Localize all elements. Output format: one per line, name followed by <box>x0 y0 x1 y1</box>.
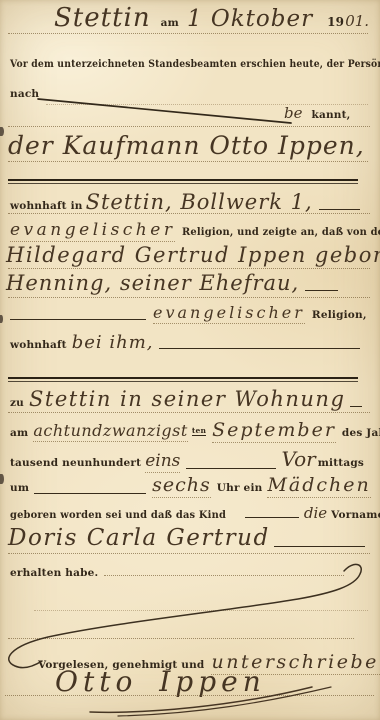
birthdate-line: am achtundzwanzigst ten September des Ja… <box>10 419 366 443</box>
place-handwritten: Stettin <box>54 3 151 33</box>
year-value: eins <box>145 451 180 473</box>
mother-name-line1: Hildegard Gertrud Ippen geborenen <box>6 243 380 267</box>
birthyear-line: tausend neunhundert eins Vor mittags <box>10 447 364 473</box>
nach-label: nach <box>10 88 39 100</box>
daytime-hand: Vor <box>282 447 316 471</box>
rule <box>34 610 368 611</box>
names-line: Doris Carla Gertrud <box>8 525 365 551</box>
ink-dash <box>350 406 362 407</box>
given-names: Doris Carla Gertrud <box>8 525 270 551</box>
scan-speck <box>0 315 3 323</box>
residence-line: wohnhaft in Stettin, Bollwerk 1, <box>10 190 360 214</box>
section-rule <box>8 179 358 184</box>
ink-dash <box>186 468 275 469</box>
tausend-label: tausend neunhundert <box>10 457 141 469</box>
day-suffix: ten <box>192 426 206 436</box>
intro-line: Vor dem unterzeichneten Standesbeamten e… <box>10 58 380 70</box>
scan-speck <box>0 474 4 484</box>
year-handwritten: 01. <box>345 12 369 30</box>
birth-month: September <box>212 419 336 443</box>
rule <box>5 695 374 696</box>
rule <box>8 33 368 34</box>
die-hand: die <box>304 504 327 522</box>
child-sex: Mädchen <box>267 474 370 498</box>
mother-religion-line: evangelischer Religion, <box>10 303 364 324</box>
birthplace-line: zu Stettin in seiner Wohnung <box>10 387 362 411</box>
mother-residence-line: wohnhaft bei ihm, <box>10 332 360 353</box>
erhalten-line: erhalten habe. <box>10 567 344 579</box>
birth-record-page: Stettin am 1 Oktober 19 01. Vor dem unte… <box>0 0 380 720</box>
rule <box>8 268 370 269</box>
zu-label: zu <box>10 397 24 409</box>
mother-name-line2: Henning, seiner Ehefrau, <box>6 271 338 295</box>
signature-line: Otto Ippen <box>55 665 266 698</box>
birthhour-line: um sechs Uhr ein Mädchen <box>10 474 364 498</box>
kind-line: geboren worden sei und daß das Kind die … <box>10 504 368 522</box>
rule <box>8 161 368 162</box>
uhr-ein-label: Uhr ein <box>217 482 263 494</box>
birth-day: achtundzwanzigst <box>33 421 187 442</box>
religion-label: Religion, und zeigte an, daß von der <box>182 226 380 238</box>
mother-maiden-name: Henning, seiner Ehefrau, <box>6 271 299 295</box>
bekannt-line: be kannt, <box>284 104 351 122</box>
wohnhaft-label: wohnhaft <box>10 339 67 351</box>
strike-line <box>38 99 291 123</box>
scan-speck <box>0 127 4 136</box>
residence-value: Stettin, Bollwerk 1, <box>86 190 313 214</box>
ink-dash <box>159 348 360 349</box>
am-label: am <box>161 17 179 29</box>
rule <box>8 213 370 214</box>
religion-line: evangelischer Religion, und zeigte an, d… <box>10 220 366 242</box>
section-rule <box>8 377 358 382</box>
ink-dash <box>274 546 365 547</box>
rule <box>8 126 370 127</box>
declarant-name: der Kaufmann Otto Ippen, <box>8 131 365 160</box>
ink-dash <box>305 290 338 291</box>
mother-religion-label: Religion, <box>312 309 367 321</box>
kind-label: geboren worden sei und daß das Kind <box>10 509 226 521</box>
year-printed: 19 <box>327 15 344 29</box>
religion-value: evangelischer <box>10 220 175 242</box>
mother-religion-value: evangelischer <box>153 303 305 324</box>
mittags-label: mittags <box>318 457 364 469</box>
intro-text: Vor dem unterzeichneten Standesbeamten e… <box>10 58 380 70</box>
rule <box>8 553 370 554</box>
be-handwritten: be <box>284 104 302 122</box>
date-handwritten: 1 Oktober <box>187 6 313 32</box>
nach-line: nach <box>10 88 39 100</box>
des-jahres-label: des Jahres <box>342 427 380 439</box>
rule <box>8 412 370 413</box>
kannt-label: kannt, <box>311 109 350 121</box>
ink-dash <box>319 209 360 210</box>
wohnhaft-in-label: wohnhaft in <box>10 200 83 212</box>
dotted-fill <box>104 575 344 576</box>
birthplace-value: Stettin in seiner Wohnung <box>29 387 345 411</box>
mother-residence-value: bei ihm, <box>72 332 154 353</box>
am-label-2: am <box>10 427 28 439</box>
ink-dash <box>34 493 146 494</box>
date-line: Stettin am 1 Oktober 19 01. <box>8 3 370 33</box>
ink-dash <box>10 319 146 320</box>
rule <box>8 297 370 298</box>
erhalten-label: erhalten habe. <box>10 567 98 579</box>
ink-dash <box>245 517 299 518</box>
vornamen-label: Vornamen <box>331 509 380 521</box>
rule <box>8 638 354 639</box>
hour-value: sechs <box>152 474 211 498</box>
um-label: um <box>10 482 29 494</box>
mother-name: Hildegard Gertrud Ippen geborenen <box>6 243 380 267</box>
declarant-line: der Kaufmann Otto Ippen, <box>8 131 365 160</box>
signature-name: Otto Ippen <box>55 665 266 698</box>
